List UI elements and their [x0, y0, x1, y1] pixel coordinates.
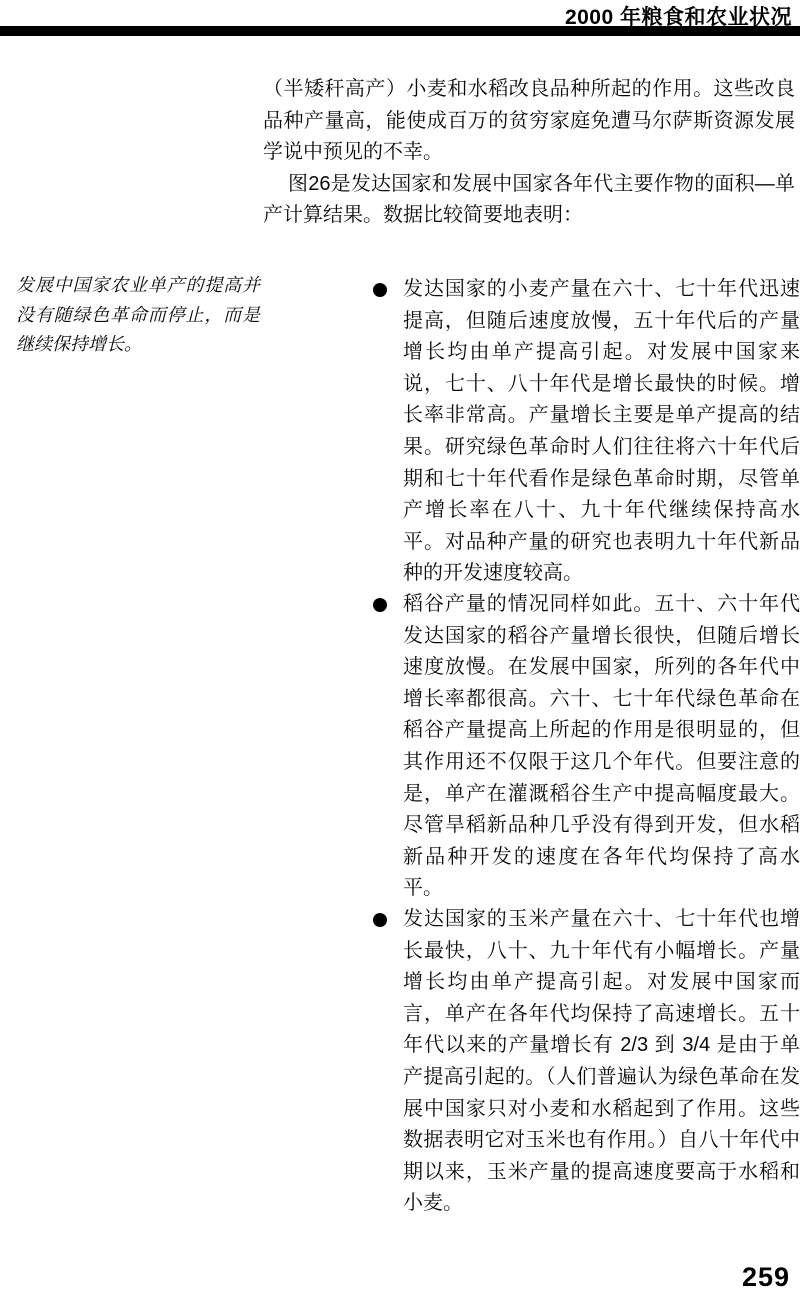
- bullet-icon: [373, 598, 387, 612]
- bullet-icon: [373, 913, 387, 927]
- document-page: 2000 年粮食和农业状况 发展中国家农业单产的提高并没有随绿色革命而停止，而是…: [0, 0, 800, 1294]
- bullet-item-wheat: 发达国家的小麦产量在六十、七十年代迅速提高，但随后速度放慢，五十年代后的产量增长…: [373, 274, 800, 590]
- bullet-text-wheat: 发达国家的小麦产量在六十、七十年代迅速提高，但随后速度放慢，五十年代后的产量增长…: [403, 274, 800, 590]
- bullet-item-maize: 发达国家的玉米产量在六十、七十年代也增长最快，八十、九十年代有小幅增长。产量增长…: [373, 904, 800, 1220]
- bullet-text-maize: 发达国家的玉米产量在六十、七十年代也增长最快，八十、九十年代有小幅增长。产量增长…: [403, 904, 800, 1220]
- paragraph-figure-26-intro: 图26是发达国家和发展中国家各年代主要作物的面积—单产计算结果。数据比较简要地表…: [263, 169, 795, 232]
- scanned-book-page: { "header": { "title": "2000 年粮食和农业状况" }…: [0, 0, 800, 1294]
- margin-note: 发展中国家农业单产的提高并没有随绿色革命而停止，而是继续保持增长。: [16, 271, 260, 360]
- page-number: 259: [742, 1262, 790, 1293]
- paragraph-improved-varieties: （半矮秆高产）小麦和水稻改良品种所起的作用。这些改良品种产量高，能使成百万的贫穷…: [263, 74, 795, 169]
- bullet-text-rice: 稻谷产量的情况同样如此。五十、六十年代发达国家的稻谷产量增长很快，但随后增长速度…: [403, 589, 800, 905]
- bullet-item-rice: 稻谷产量的情况同样如此。五十、六十年代发达国家的稻谷产量增长很快，但随后增长速度…: [373, 589, 800, 905]
- bullet-icon: [373, 283, 387, 297]
- intro-paragraphs: （半矮秆高产）小麦和水稻改良品种所起的作用。这些改良品种产量高，能使成百万的贫穷…: [263, 74, 795, 232]
- header-rule: [0, 26, 800, 36]
